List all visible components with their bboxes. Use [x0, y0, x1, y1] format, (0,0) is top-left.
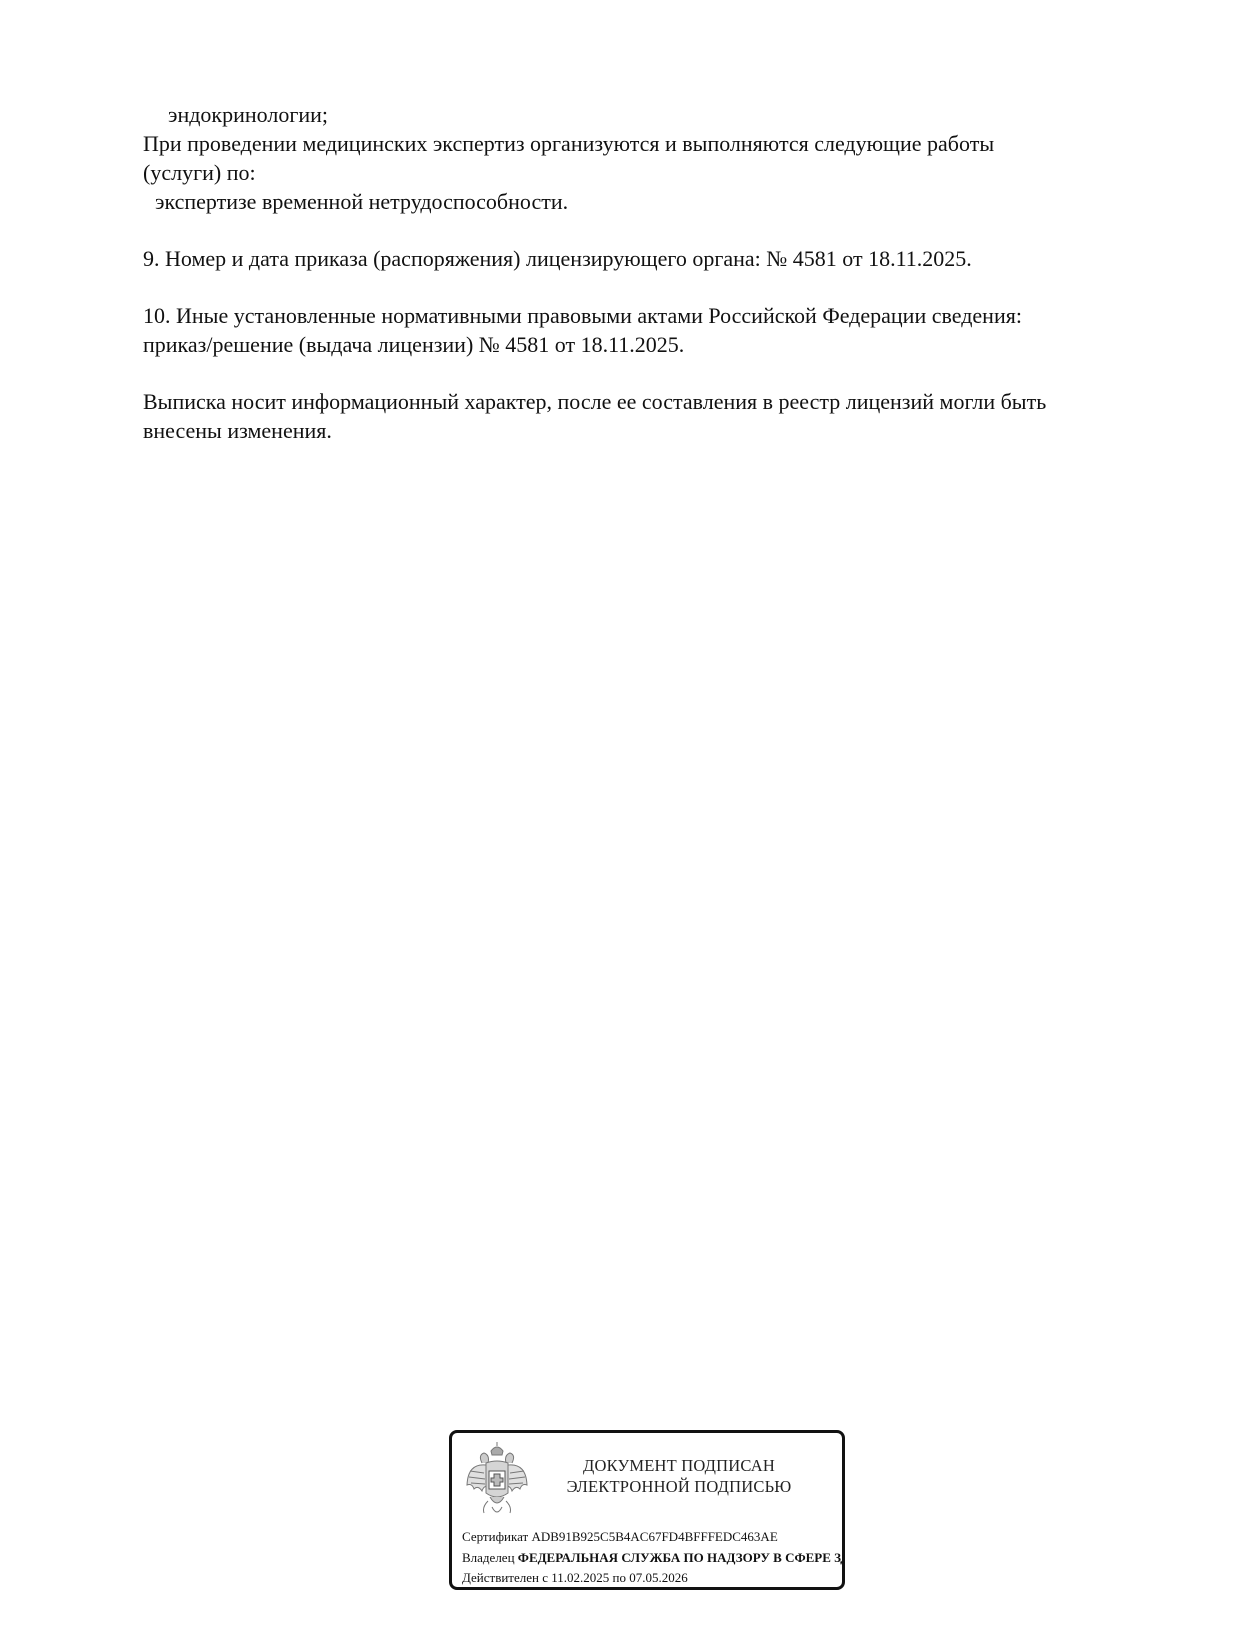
text-line-expertise-intro: При проведении медицинских экспертиз орг… — [143, 129, 1143, 158]
certificate-label: Сертификат — [462, 1529, 528, 1544]
owner-label: Владелец — [462, 1550, 515, 1565]
stamp-title-line2: ЭЛЕКТРОННОЙ ПОДПИСЬЮ — [544, 1476, 814, 1497]
disclaimer-notice: Выписка носит информационный характер, п… — [143, 387, 1143, 416]
stamp-title-line1: ДОКУМЕНТ ПОДПИСАН — [544, 1455, 814, 1476]
document-page: эндокринологии; При проведении медицинск… — [0, 0, 1240, 1650]
disclaimer-notice-cont: внесены изменения. — [143, 416, 1143, 445]
owner-line: Владелец ФЕДЕРАЛЬНАЯ СЛУЖБА ПО НАДЗОРУ В… — [462, 1550, 845, 1566]
validity-line: Действителен с 11.02.2025 по 07.05.2026 — [462, 1570, 688, 1586]
electronic-signature-stamp: ДОКУМЕНТ ПОДПИСАН ЭЛЕКТРОННОЙ ПОДПИСЬЮ С… — [449, 1430, 845, 1590]
certificate-value: ADB91B925C5B4AC67FD4BFFFEDC463AE — [531, 1529, 777, 1544]
text-line-expertise-item: экспертизе временной нетрудоспособности. — [155, 187, 1155, 216]
item-10-other-info-cont: приказ/решение (выдача лицензии) № 4581 … — [143, 330, 1143, 359]
certificate-line: Сертификат ADB91B925C5B4AC67FD4BFFFEDC46… — [462, 1529, 778, 1545]
coat-of-arms-icon — [464, 1441, 530, 1519]
owner-value: ФЕДЕРАЛЬНАЯ СЛУЖБА ПО НАДЗОРУ В СФЕРЕ ЗД… — [518, 1550, 845, 1565]
text-line-expertise-intro-cont: (услуги) по: — [143, 158, 1143, 187]
item-10-other-info: 10. Иные установленные нормативными прав… — [143, 301, 1143, 330]
stamp-title: ДОКУМЕНТ ПОДПИСАН ЭЛЕКТРОННОЙ ПОДПИСЬЮ — [544, 1455, 814, 1497]
text-line-endocrinology: эндокринологии; — [168, 100, 1168, 129]
item-9-order-number: 9. Номер и дата приказа (распоряжения) л… — [143, 244, 1143, 273]
